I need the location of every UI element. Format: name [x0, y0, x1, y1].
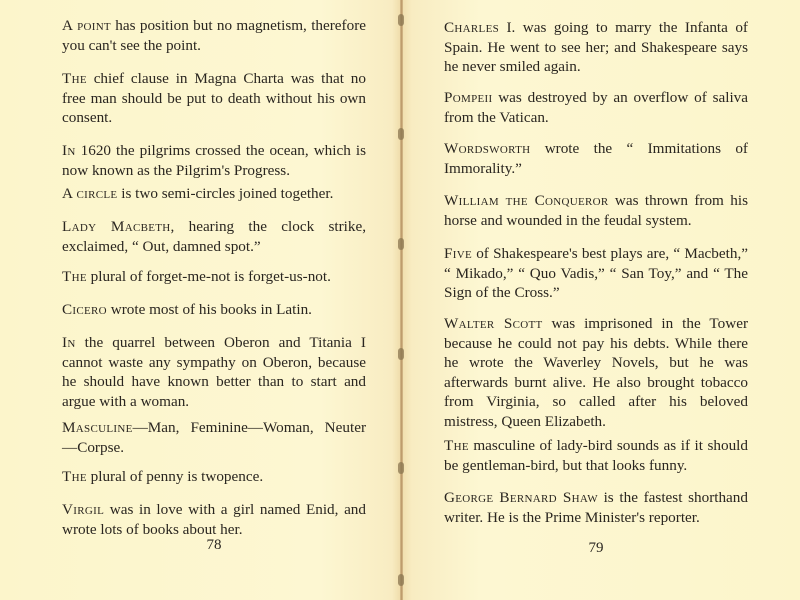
entry: The masculine of lady-bird sounds as if …	[444, 436, 748, 475]
binding-stitch	[398, 348, 404, 360]
entry-text: wrote most of his books in Latin.	[107, 301, 312, 318]
entry-text: the quarrel between Oberon and Titania I…	[62, 334, 366, 410]
entry: Virgil was in love with a girl named Eni…	[62, 500, 366, 539]
entry-text: chief clause in Magna Charta was that no…	[62, 70, 366, 126]
entry: Charles I. was going to marry the Infant…	[444, 18, 748, 77]
entry-lead: The	[62, 268, 87, 285]
entry-lead: Lady Macbeth	[62, 218, 171, 235]
entry: George Bernard Shaw is the fastest short…	[444, 488, 748, 527]
entry-lead: Cicero	[62, 301, 107, 318]
entry-lead: William the Conqueror	[444, 192, 609, 209]
entry: In the quarrel between Oberon and Titani…	[62, 333, 366, 411]
book-spread: A point has position but no magnetism, t…	[0, 0, 800, 600]
entry-text: plural of forget-me-not is forget-us-not…	[87, 268, 331, 285]
page-number: 78	[62, 537, 366, 554]
entry-lead: Masculine	[62, 419, 133, 436]
entry-lead: Virgil	[62, 501, 104, 518]
entry-text: plural of penny is twopence.	[87, 468, 263, 485]
binding-stitch	[398, 14, 404, 26]
entry-lead: A circle	[62, 185, 117, 202]
entry-lead: In	[62, 334, 76, 351]
entry: In 1620 the pilgrims crossed the ocean, …	[62, 141, 366, 180]
entry: A point has position but no magnetism, t…	[62, 16, 366, 55]
entry-text: is two semi-circles joined together.	[117, 185, 333, 202]
entry-text: was in love with a girl named Enid, and …	[62, 501, 366, 538]
entry-lead: George Bernard Shaw	[444, 489, 598, 506]
entry: Masculine—Man, Feminine—Woman, Neuter —C…	[62, 418, 366, 457]
left-page: A point has position but no magnetism, t…	[62, 0, 366, 600]
entry: Wordsworth wrote the “ Immitations of Im…	[444, 139, 748, 178]
binding-stitch	[398, 462, 404, 474]
entry-lead: A point	[62, 17, 111, 34]
entry: Pompeii was destroyed by an overflow of …	[444, 88, 748, 127]
entry-lead: The	[62, 468, 87, 485]
page-number: 79	[444, 540, 748, 557]
entry: Walter Scott was imprisoned in the Tower…	[444, 314, 748, 431]
entry-lead: The	[62, 70, 87, 87]
binding-stitch	[398, 128, 404, 140]
binding-stitch	[398, 238, 404, 250]
entry-lead: Charles	[444, 19, 499, 36]
entry: A circle is two semi-circles joined toge…	[62, 184, 366, 204]
right-page: Charles I. was going to marry the Infant…	[444, 0, 748, 600]
entry: The plural of forget-me-not is forget-us…	[62, 267, 366, 287]
book-spine	[400, 0, 403, 600]
entry-lead: The	[444, 437, 469, 454]
entry-text: of Shakespeare's best plays are, “ Macbe…	[444, 245, 748, 301]
entry-text: masculine of lady-bird sounds as if it s…	[444, 437, 748, 474]
entry-lead: Wordsworth	[444, 140, 530, 157]
entry: William the Conqueror was thrown from hi…	[444, 191, 748, 230]
entry-lead: In	[62, 142, 76, 159]
entry-text: 1620 the pilgrims crossed the ocean, whi…	[62, 142, 366, 179]
entry-text: was imprisoned in the Tower because he c…	[444, 315, 748, 430]
entry: Cicero wrote most of his books in Latin.	[62, 300, 366, 320]
entry: The plural of penny is twopence.	[62, 467, 366, 487]
entry-lead: Walter Scott	[444, 315, 543, 332]
entry: The chief clause in Magna Charta was tha…	[62, 69, 366, 128]
entry: Five of Shakespeare's best plays are, “ …	[444, 244, 748, 303]
entry-lead: Five	[444, 245, 472, 262]
entry: Lady Macbeth, hearing the clock strike, …	[62, 217, 366, 256]
binding-stitch	[398, 574, 404, 586]
entry-lead: Pompeii	[444, 89, 492, 106]
